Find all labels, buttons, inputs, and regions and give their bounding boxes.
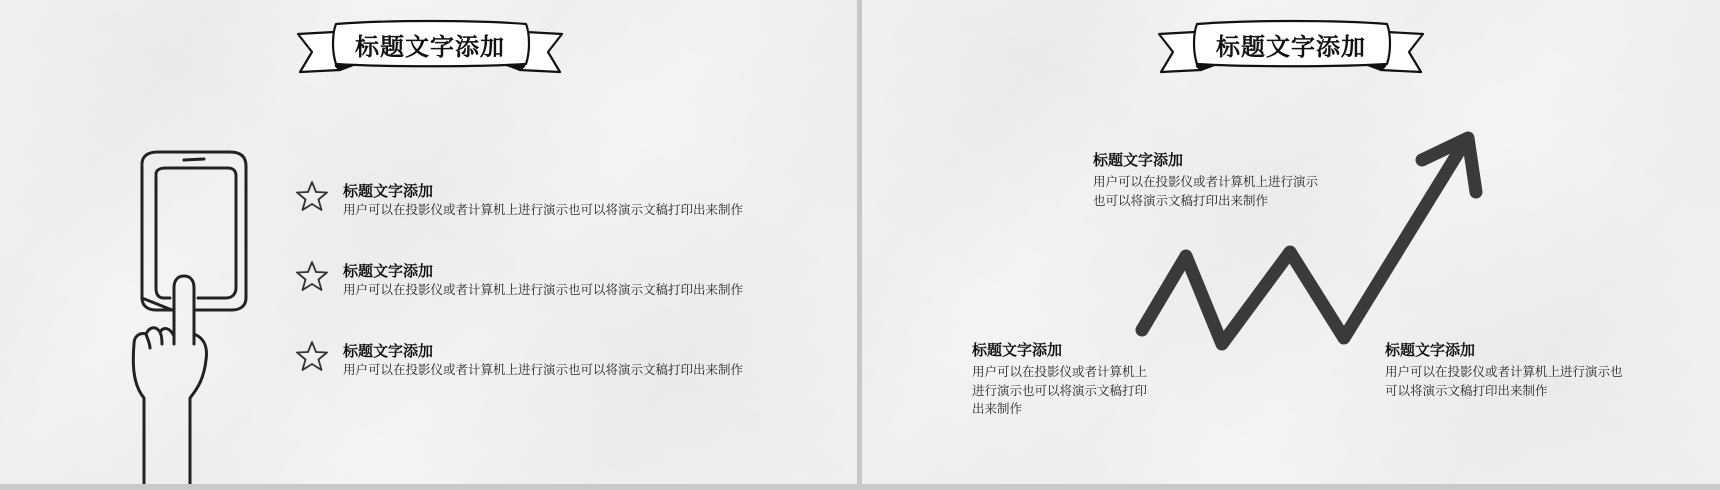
slide-2[interactable]: 标题文字添加 标题文字添加 用户可以在投影仪或者计算机上进行演示 也可以将演示文… [862, 0, 1720, 484]
item-title: 标题文字添加 [343, 340, 433, 361]
block-desc-line: 用户可以在投影仪或者计算机上进行演示也 [1385, 363, 1623, 382]
block-desc-line: 进行演示也可以将演示文稿打印 [972, 382, 1147, 401]
text-block-top: 标题文字添加 用户可以在投影仪或者计算机上进行演示 也可以将演示文稿打印出来制作 [1093, 150, 1318, 210]
title-banner: 标题文字添加 [296, 16, 564, 80]
item-desc: 用户可以在投影仪或者计算机上进行演示也可以将演示文稿打印出来制作 [343, 201, 743, 219]
star-outline-icon [296, 260, 328, 292]
item-desc: 用户可以在投影仪或者计算机上进行演示也可以将演示文稿打印出来制作 [343, 281, 743, 299]
block-title: 标题文字添加 [1093, 150, 1318, 170]
block-desc-line: 也可以将演示文稿打印出来制作 [1093, 192, 1318, 211]
block-desc: 用户可以在投影仪或者计算机上 进行演示也可以将演示文稿打印 出来制作 [972, 363, 1147, 419]
block-desc: 用户可以在投影仪或者计算机上进行演示也 可以将演示文稿打印出来制作 [1385, 363, 1623, 400]
star-outline-icon [296, 180, 328, 212]
slide-1[interactable]: 标题文字添加 标题文字添加 用户可以在投影仪或者计算机上进行演示也可以将演示文稿… [0, 0, 857, 484]
item-title: 标题文字添加 [343, 180, 433, 201]
block-desc-line: 出来制作 [972, 400, 1147, 419]
item-title: 标题文字添加 [343, 260, 433, 281]
bottom-gutter [0, 484, 1720, 490]
block-desc-line: 可以将演示文稿打印出来制作 [1385, 382, 1623, 401]
hand-touching-tablet-icon [128, 148, 258, 484]
block-desc: 用户可以在投影仪或者计算机上进行演示 也可以将演示文稿打印出来制作 [1093, 173, 1318, 210]
block-title: 标题文字添加 [1385, 340, 1623, 360]
text-block-bottom-left: 标题文字添加 用户可以在投影仪或者计算机上 进行演示也可以将演示文稿打印 出来制… [972, 340, 1147, 419]
star-outline-icon [296, 340, 328, 372]
block-desc-line: 用户可以在投影仪或者计算机上进行演示 [1093, 173, 1318, 192]
block-title: 标题文字添加 [972, 340, 1147, 360]
item-desc: 用户可以在投影仪或者计算机上进行演示也可以将演示文稿打印出来制作 [343, 361, 743, 379]
block-desc-line: 用户可以在投影仪或者计算机上 [972, 363, 1147, 382]
banner-title: 标题文字添加 [334, 24, 526, 64]
text-block-bottom-right: 标题文字添加 用户可以在投影仪或者计算机上进行演示也 可以将演示文稿打印出来制作 [1385, 340, 1623, 400]
